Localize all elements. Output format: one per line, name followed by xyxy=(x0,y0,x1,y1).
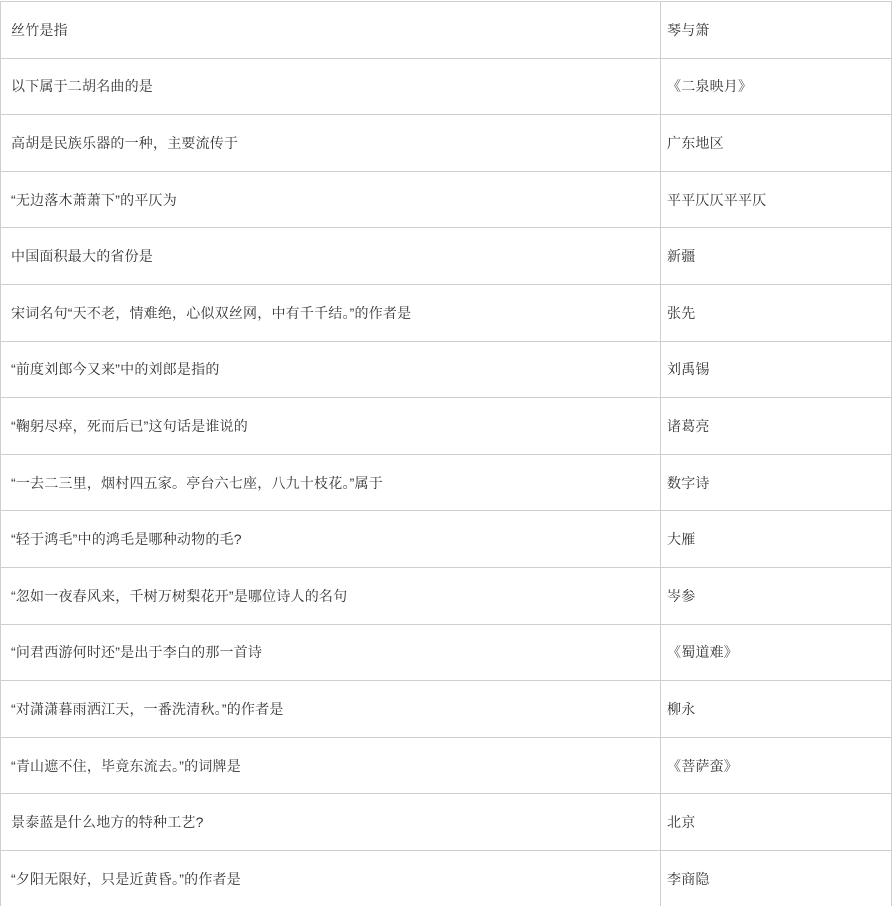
question-cell: “无边落木萧萧下”的平仄为 xyxy=(1,171,661,228)
answer-cell: 柳永 xyxy=(661,681,892,738)
answer-cell: 新疆 xyxy=(661,228,892,285)
question-cell: “鞠躬尽瘁，死而后已”这句话是谁说的 xyxy=(1,398,661,455)
answer-cell: 刘禹锡 xyxy=(661,341,892,398)
answer-cell: 大雁 xyxy=(661,511,892,568)
answer-cell: 李商隐 xyxy=(661,850,892,906)
question-cell: 高胡是民族乐器的一种，主要流传于 xyxy=(1,115,661,172)
answer-cell: 《菩萨蛮》 xyxy=(661,737,892,794)
question-cell: 宋词名句“天不老，情难绝，心似双丝网，中有千千结。”的作者是 xyxy=(1,284,661,341)
answer-cell: 广东地区 xyxy=(661,115,892,172)
question-cell: 中国面积最大的省份是 xyxy=(1,228,661,285)
table-row: “一去二三里，烟村四五家。亭台六七座，八九十枝花。”属于 数字诗 xyxy=(1,454,892,511)
table-row: “对潇潇暮雨洒江天，一番洗清秋。”的作者是 柳永 xyxy=(1,681,892,738)
question-cell: “对潇潇暮雨洒江天，一番洗清秋。”的作者是 xyxy=(1,681,661,738)
table-row: 丝竹是指 琴与箫 xyxy=(1,2,892,59)
answer-cell: 《二泉映月》 xyxy=(661,58,892,115)
quiz-table-body: 丝竹是指 琴与箫 以下属于二胡名曲的是 《二泉映月》 高胡是民族乐器的一种，主要… xyxy=(1,2,892,906)
answer-cell: 《蜀道难》 xyxy=(661,624,892,681)
table-row: “问君西游何时还”是出于李白的那一首诗 《蜀道难》 xyxy=(1,624,892,681)
answer-cell: 张先 xyxy=(661,284,892,341)
answer-cell: 数字诗 xyxy=(661,454,892,511)
table-row: 宋词名句“天不老，情难绝，心似双丝网，中有千千结。”的作者是 张先 xyxy=(1,284,892,341)
answer-cell: 平平仄仄平平仄 xyxy=(661,171,892,228)
table-row: 以下属于二胡名曲的是 《二泉映月》 xyxy=(1,58,892,115)
question-cell: “忽如一夜春风来，千树万树梨花开”是哪位诗人的名句 xyxy=(1,567,661,624)
answer-cell: 岑参 xyxy=(661,567,892,624)
question-cell: 景泰蓝是什么地方的特种工艺? xyxy=(1,794,661,851)
table-row: 高胡是民族乐器的一种，主要流传于 广东地区 xyxy=(1,115,892,172)
question-cell: “问君西游何时还”是出于李白的那一首诗 xyxy=(1,624,661,681)
question-cell: “一去二三里，烟村四五家。亭台六七座，八九十枝花。”属于 xyxy=(1,454,661,511)
answer-cell: 诸葛亮 xyxy=(661,398,892,455)
question-cell: “青山遮不住，毕竟东流去。”的词牌是 xyxy=(1,737,661,794)
table-row: “鞠躬尽瘁，死而后已”这句话是谁说的 诸葛亮 xyxy=(1,398,892,455)
question-cell: 以下属于二胡名曲的是 xyxy=(1,58,661,115)
quiz-table: 丝竹是指 琴与箫 以下属于二胡名曲的是 《二泉映月》 高胡是民族乐器的一种，主要… xyxy=(0,1,892,906)
answer-cell: 北京 xyxy=(661,794,892,851)
table-row: “忽如一夜春风来，千树万树梨花开”是哪位诗人的名句 岑参 xyxy=(1,567,892,624)
table-row: “青山遮不住，毕竟东流去。”的词牌是 《菩萨蛮》 xyxy=(1,737,892,794)
question-cell: “轻于鸿毛”中的鸿毛是哪种动物的毛? xyxy=(1,511,661,568)
table-row: “轻于鸿毛”中的鸿毛是哪种动物的毛? 大雁 xyxy=(1,511,892,568)
table-row: “无边落木萧萧下”的平仄为 平平仄仄平平仄 xyxy=(1,171,892,228)
answer-cell: 琴与箫 xyxy=(661,2,892,59)
question-cell: “前度刘郎今又来”中的刘郎是指的 xyxy=(1,341,661,398)
table-row: 景泰蓝是什么地方的特种工艺? 北京 xyxy=(1,794,892,851)
table-row: 中国面积最大的省份是 新疆 xyxy=(1,228,892,285)
question-cell: 丝竹是指 xyxy=(1,2,661,59)
table-row: “夕阳无限好，只是近黄昏。”的作者是 李商隐 xyxy=(1,850,892,906)
question-cell: “夕阳无限好，只是近黄昏。”的作者是 xyxy=(1,850,661,906)
table-row: “前度刘郎今又来”中的刘郎是指的 刘禹锡 xyxy=(1,341,892,398)
